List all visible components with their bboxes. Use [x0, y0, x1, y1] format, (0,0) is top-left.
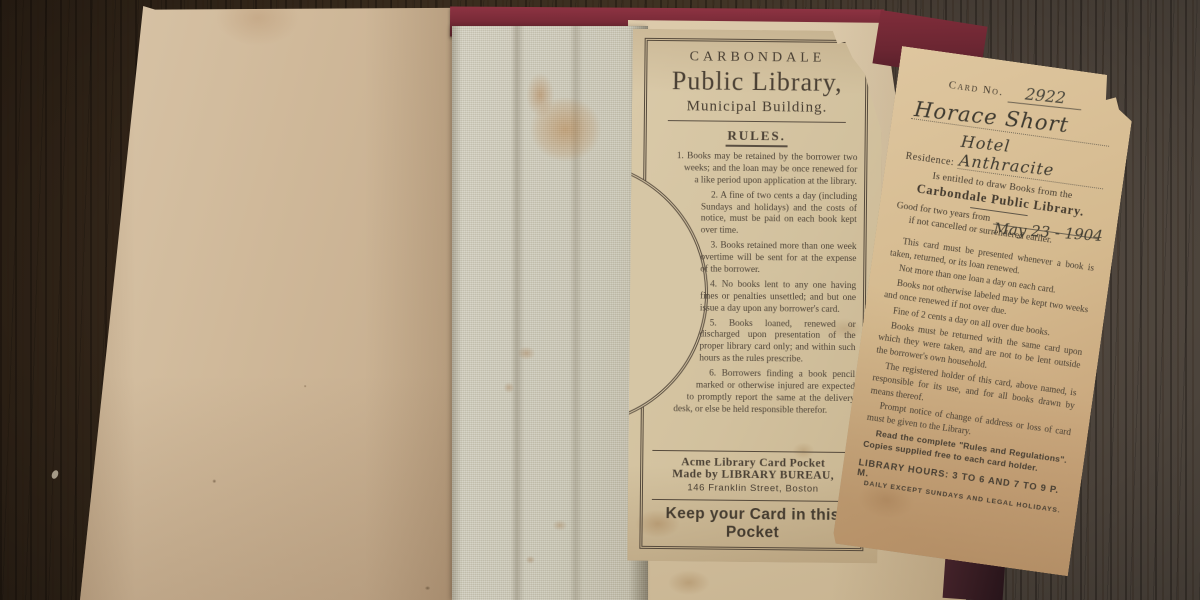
card-number-label: Card No.: [948, 79, 1005, 99]
pocket-divider: [652, 499, 854, 502]
maker-company-name: Made by LIBRARY BUREAU,: [652, 468, 854, 482]
pocket-library-name-line1: CARBONDALE: [656, 49, 858, 67]
pocket-divider: [668, 120, 846, 123]
card-terms: This card must be presented whenever a b…: [862, 233, 1095, 478]
book-left-page: [80, 6, 475, 600]
pocket-library-name-line2: Public Library,: [656, 66, 858, 98]
residence-label: Residence:: [905, 151, 955, 169]
pocket-library-name-line3: Municipal Building.: [656, 98, 858, 117]
card-number-value: 2922: [1008, 83, 1084, 111]
maker-address: 146 Franklin Street, Boston: [652, 482, 854, 495]
validity-date-handwritten: May 23 - 1904: [992, 218, 1103, 247]
pocket-footer-slogan: Keep your Card in this Pocket: [651, 505, 853, 543]
thumb-notch-text-spacer: [629, 169, 702, 422]
pocket-divider: [652, 450, 854, 453]
photo-of-open-book: CARBONDALE Public Library, Municipal Bui…: [0, 0, 1200, 600]
rules-heading: RULES.: [725, 128, 788, 148]
book-cloth-spine-strip: [452, 26, 648, 600]
rules-list: 1. Books may be retained by the borrower…: [653, 151, 858, 423]
pocket-maker-info: Acme Library Card Pocket Made by LIBRARY…: [651, 450, 854, 543]
